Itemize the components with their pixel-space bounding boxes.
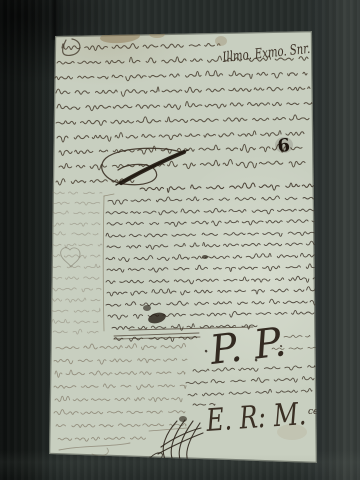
handwriting-line-petition-body (106, 208, 321, 215)
handwriting-line-margin-bleedthrough (52, 232, 103, 235)
stain-ink-spot-bottom (179, 416, 187, 422)
stain-ink-spot-mid (202, 255, 208, 259)
handwriting-line-petition-body (106, 276, 320, 284)
handwriting-line-petition-body (107, 241, 322, 249)
handwriting-line-opening-paragraph (57, 131, 308, 142)
handwriting-line-margin-bleedthrough (50, 308, 104, 312)
handwriting-line-opening-paragraph (56, 115, 314, 125)
mark-double-underline-1 (114, 333, 199, 336)
handwriting-line-petition-body (107, 287, 321, 296)
handwriting-line-margin-bleedthrough (52, 277, 104, 279)
handwriting-line-margin-bleedthrough (52, 319, 102, 323)
handwriting-line-opening-paragraph (57, 102, 316, 111)
handwriting-line-opening-paragraph (55, 71, 312, 81)
handwriting-line-margin-bleedthrough (52, 192, 106, 194)
handwriting-line-left-lower-paragraph (56, 343, 188, 349)
stain-ink-smudge-small (143, 305, 151, 311)
handwriting-line-petition-body (108, 196, 321, 204)
marginal-numeral: 6 (277, 135, 291, 157)
handwriting-line-margin-bleedthrough (51, 298, 105, 302)
handwriting-line-left-lower-paragraph (54, 410, 191, 415)
petition-initials: P. P. (207, 319, 289, 374)
handwriting-line-petition-body (106, 299, 319, 306)
mark-margin-bracket-line (103, 196, 104, 331)
heading-honorific: Illmo. Exmo. Snr. (221, 41, 311, 66)
closing-abbreviation: E. R: M. (204, 396, 307, 439)
handwriting-line-margin-bleedthrough (53, 329, 103, 334)
handwriting-line-opening-paragraph (56, 87, 314, 97)
handwriting-line-margin-bleedthrough (50, 264, 104, 268)
manuscript-photo-stage: Illmo. Exmo. Snr. 6 P. P. E. R: M. ce (0, 0, 360, 480)
mark-date-underline-swash (59, 443, 130, 450)
handwriting-line-opening-paragraph (62, 44, 224, 51)
flourish-rubric-stroke-1 (163, 421, 177, 459)
handwriting-line-petition-body (107, 264, 319, 272)
manuscript-ink-layer: Illmo. Exmo. Snr. 6 P. P. E. R: M. ce (0, 0, 360, 480)
handwriting-line-petition-body (108, 310, 318, 319)
handwriting-line-petition-opening-line (140, 183, 318, 192)
handwriting-line-supplicant-note (284, 335, 314, 337)
handwriting-line-despacho-paragraph (186, 377, 319, 384)
handwriting-line-margin-bleedthrough (50, 288, 105, 292)
handwriting-line-left-lower-paragraph (54, 384, 189, 390)
handwriting-line-left-lower-paragraph (54, 358, 193, 364)
mark-margin-heart-doodle (61, 248, 80, 267)
stain-ink-smudge-large (147, 311, 167, 325)
handwriting-line-margin-bleedthrough (51, 255, 106, 259)
mark-margin-bracket-tick (104, 194, 114, 196)
handwriting-line-margin-bleedthrough (50, 202, 105, 205)
handwriting-line-left-lower-paragraph (55, 396, 186, 402)
handwriting-line-petition-body (106, 253, 320, 261)
handwriting-line-left-lower-paragraph (58, 437, 151, 441)
handwriting-line-margin-bleedthrough (50, 244, 106, 248)
handwriting-line-opening-paragraph (59, 159, 310, 169)
handwriting-line-petition-body (106, 232, 318, 237)
handwriting-line-left-lower-paragraph (56, 424, 190, 428)
handwriting-line-margin-bleedthrough (50, 223, 105, 226)
handwriting-line-margin-bleedthrough (51, 211, 105, 214)
closing-abbreviation-superscript: ce (308, 407, 318, 417)
stain-top-edge-stain (100, 30, 141, 45)
handwriting-line-petition-body (107, 220, 322, 227)
flourish-initial-capital (63, 39, 80, 55)
handwriting-line-left-lower-paragraph (55, 370, 188, 377)
mark-underline-amount (149, 428, 187, 431)
handwriting-line-despacho-paragraph (188, 389, 318, 396)
stain-ring-mark (215, 36, 227, 46)
stain-top-edge-stain-small (149, 30, 165, 38)
